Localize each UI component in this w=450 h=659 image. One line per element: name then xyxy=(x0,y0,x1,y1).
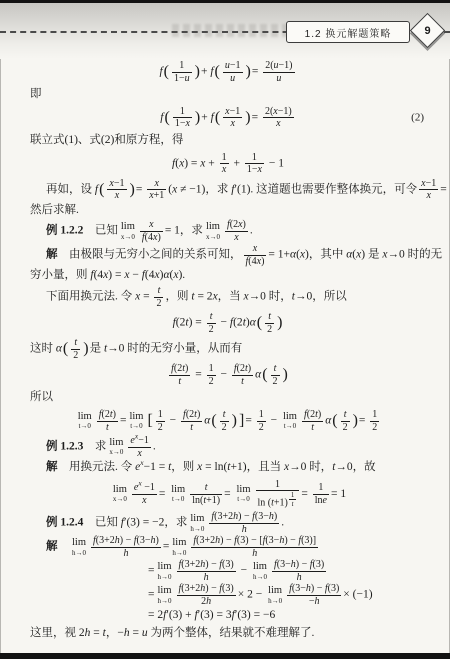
big-bracket: ) xyxy=(277,314,282,331)
bold-label: 例 1.2.4 xyxy=(46,517,83,529)
text-line: 再如，设 f(x−1x)= xx+1(x ≠ −1)，求 f′(1). 这道题也… xyxy=(30,178,426,202)
limit-operator: limx→0 xyxy=(113,485,127,504)
fraction: f(3−h) − f(3)−h xyxy=(287,583,341,607)
fraction: 11−x xyxy=(173,106,192,130)
big-bracket: ) xyxy=(130,181,135,198)
formula-line: f(11−u)+ f(u−1u)= 2(u−1)u xyxy=(30,60,426,84)
big-bracket: ( xyxy=(164,63,169,80)
fraction: f(2t)t xyxy=(302,409,323,433)
text-line: 下面用换元法. 令 x = t2，则 t = 2x，当 x→0 时，t→0，所以 xyxy=(30,285,426,309)
fraction: t2 xyxy=(154,285,163,309)
fraction: 11−u xyxy=(172,60,192,84)
fraction: f(3+2h) − f(3−h)h xyxy=(209,511,279,535)
limit-operator: limh→0 xyxy=(158,586,172,605)
text-line: =limh→0f(3+2h) − f(3)2h× 2 − limh→0f(3−h… xyxy=(148,583,426,607)
fraction: xf(4x) xyxy=(140,219,163,243)
fraction: t2 xyxy=(265,311,274,335)
text-line: 解 limh→0f(3+2h) − f(3−h)h=limh→0f(3+2h) … xyxy=(30,535,426,559)
fraction: f(2t)t xyxy=(181,409,202,433)
big-bracket: ( xyxy=(99,181,104,198)
fraction: f(3+2h) − f(3)h xyxy=(177,559,236,583)
fraction: 2(x−1)x xyxy=(263,106,294,130)
big-bracket: ( xyxy=(63,340,68,357)
book-page: 1.2 换元解题策略 9 f(11−u)+ f(u−1u)= 2(u−1)u即f… xyxy=(0,0,450,659)
bold-label: 解 xyxy=(46,461,58,473)
section-header-box: 1.2 换元解题策略 xyxy=(286,21,410,43)
formula-line: f(11−x)+ f(x−1x)= 2(x−1)x(2) xyxy=(30,106,426,130)
bold-label: 解 xyxy=(46,249,58,261)
text-line: 这时 α(t2)是 t→0 时的无穷小量，从而有 xyxy=(30,337,426,361)
fraction: ex−1x xyxy=(128,435,150,459)
big-bracket: ) xyxy=(195,109,200,126)
fraction: t2 xyxy=(341,409,350,433)
fraction: f(2x)x xyxy=(225,219,248,243)
limit-operator: limt→0 xyxy=(236,485,250,504)
fraction: f(2t)t xyxy=(232,363,253,387)
bold-label: 例 1.2.2 xyxy=(46,225,83,237)
text-line: 例 1.2.4 已知 f′(3) = −2，求limh→0f(3+2h) − f… xyxy=(30,511,426,535)
equation-tag: (2) xyxy=(411,109,424,126)
big-bracket: [ xyxy=(147,412,152,429)
fraction: t2 xyxy=(271,363,280,387)
text-line: 然后求解. xyxy=(30,202,426,220)
big-bracket: ( xyxy=(332,412,337,429)
text-line: =limh→0f(3+2h) − f(3)h − limh→0f(3−h) − … xyxy=(148,559,426,583)
scan-bottom-edge xyxy=(0,653,450,659)
big-bracket: ) xyxy=(283,366,288,383)
big-bracket: ( xyxy=(215,109,220,126)
limit-operator: limx→0 xyxy=(206,222,220,241)
fraction: 12 xyxy=(207,363,216,387)
fraction: ex −1x xyxy=(132,482,157,506)
page-content: f(11−u)+ f(u−1u)= 2(u−1)u即f(11−x)+ f(x−1… xyxy=(30,58,426,643)
limit-operator: limh→0 xyxy=(190,514,204,533)
fraction: f(3+2h) − f(3−h)h xyxy=(91,535,161,559)
superscript: x xyxy=(138,479,141,488)
formula-line: limx→0ex −1x= limt→0tln(t+1)= limt→01ln … xyxy=(30,479,426,510)
limit-operator: limh→0 xyxy=(172,538,186,557)
formula-line: limt→0f(2t)t=limt→0[12 − f(2t)tα(t2)]= 1… xyxy=(30,409,426,433)
superscript: x xyxy=(135,432,138,441)
big-bracket: ) xyxy=(353,412,358,429)
fraction: 1t xyxy=(289,491,297,508)
bold-label: 例 1.2.3 xyxy=(46,441,83,453)
superscript: 1t xyxy=(288,495,298,504)
text-line: = 2f′(3) + f′(3) = 3f′(3) = −6 xyxy=(148,607,426,625)
fraction: 1ln (t+1)1t xyxy=(256,479,300,510)
bold-label: 解 xyxy=(46,541,58,553)
fraction: 12 xyxy=(156,409,165,433)
limit-operator: limt→0 xyxy=(78,412,92,431)
limit-operator: limh→0 xyxy=(253,562,267,581)
limit-operator: limx→0 xyxy=(121,222,135,241)
fraction: u−1u xyxy=(223,60,243,84)
limit-operator: limx→0 xyxy=(109,438,123,457)
fraction: 12 xyxy=(370,409,379,433)
fraction: t2 xyxy=(220,409,229,433)
big-bracket: ] xyxy=(239,412,244,429)
limit-operator: limh→0 xyxy=(72,538,86,557)
fraction: f(2t)t xyxy=(169,363,190,387)
fraction: f(3−h) − f(3)h xyxy=(272,559,326,583)
superscript: x xyxy=(140,458,143,467)
big-bracket: ) xyxy=(232,412,237,429)
text-line: 即 xyxy=(30,86,426,104)
text-line: 解 由极限与无穷小之间的关系可知，xf(4x)= 1+α(x)，其中 α(x) … xyxy=(30,243,426,267)
fraction: t2 xyxy=(207,311,216,335)
big-bracket: ( xyxy=(262,366,267,383)
fraction: f(2t)t xyxy=(97,409,118,433)
page-bleed-artifact xyxy=(172,24,290,37)
fraction: 11−x xyxy=(245,152,264,176)
page-number: 9 xyxy=(416,19,439,42)
fraction: 2(u−1)u xyxy=(263,60,294,84)
text-line: 联立式(1)、式(2)和原方程，得 xyxy=(30,132,426,150)
big-bracket: ( xyxy=(164,109,169,126)
limit-operator: limt→0 xyxy=(283,412,297,431)
section-header-label: 1.2 换元解题策略 xyxy=(305,25,392,40)
formula-line: f(x) = x + 1x + 11−x − 1 xyxy=(30,152,426,176)
fraction: xf(4x) xyxy=(244,243,267,267)
fraction: x−1x xyxy=(107,178,126,202)
text-line: 例 1.2.2 已知limx→0xf(4x)= 1，求limx→0f(2x)x. xyxy=(30,219,426,243)
big-bracket: ) xyxy=(83,340,88,357)
big-bracket: ( xyxy=(257,314,262,331)
text-line: 这里，视 2h = t，−h = u 为两个整体，结果就不难理解了. xyxy=(30,625,426,643)
text-line: 例 1.2.3 求limx→0ex−1x. xyxy=(30,435,426,459)
big-bracket: ) xyxy=(245,109,250,126)
fraction: f(3+2h) − f(3)2h xyxy=(177,583,236,607)
formula-line: f(2t) = t2 − f(2t)α(t2) xyxy=(30,311,426,335)
big-bracket: ) xyxy=(246,63,251,80)
big-bracket: ( xyxy=(211,412,216,429)
fraction: f(3+2h) − f(3) − [f(3−h) − f(3)]h xyxy=(191,535,318,559)
limit-operator: limh→0 xyxy=(268,586,282,605)
limit-operator: limt→0 xyxy=(171,485,185,504)
big-bracket: ( xyxy=(215,63,220,80)
fraction: x−1x xyxy=(223,106,242,130)
fraction: tln(t+1) xyxy=(190,482,222,506)
text-line: 解 用换元法. 令 ex−1 = t，则 x = ln(t+1)，且当 x→0 … xyxy=(30,459,426,477)
limit-operator: limh→0 xyxy=(158,562,172,581)
fraction: x−1x xyxy=(419,178,438,202)
fraction: 1lne xyxy=(313,482,329,506)
fraction: xx+1 xyxy=(147,178,166,202)
limit-operator: limt→0 xyxy=(129,412,143,431)
formula-line: f(2t)t = 12 − f(2t)tα(t2) xyxy=(30,363,426,387)
big-bracket: ) xyxy=(195,63,200,80)
text-line: 穷小量，则 f(4x) = x − f(4x)α(x). xyxy=(30,267,426,285)
fraction: t2 xyxy=(71,337,80,361)
text-line: 所以 xyxy=(30,389,426,407)
fraction: 1x xyxy=(220,152,229,176)
fraction: 12 xyxy=(257,409,266,433)
